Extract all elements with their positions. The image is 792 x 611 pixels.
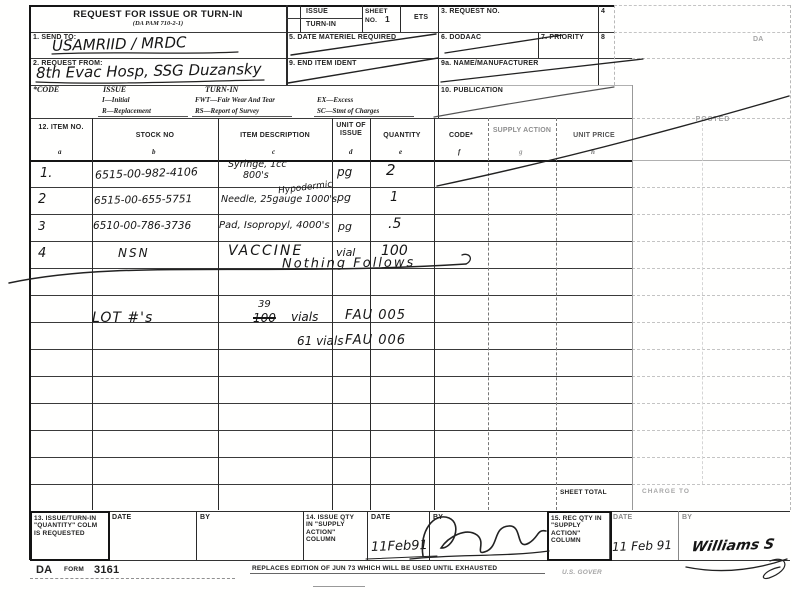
form-title-box: REQUEST FOR ISSUE OR TURN-IN (DA PAM 710… (30, 5, 286, 32)
charge-to-label: CHARGE TO (642, 488, 690, 495)
grid-line (702, 118, 703, 484)
grid-line (632, 457, 790, 458)
grid-line (29, 5, 31, 560)
col-header-unit-price: UNIT PRICE (558, 132, 630, 140)
grid-line (250, 573, 545, 574)
grid-line (632, 376, 790, 377)
grid-line (632, 214, 790, 215)
by13-label: BY (200, 514, 210, 522)
da-form-number: 3161 (94, 564, 119, 577)
grid-line (632, 160, 790, 161)
row1-description-line2: 800's (243, 170, 269, 181)
send-to-value: USAMRIID / MRDC (52, 33, 187, 55)
issue-checkbox-label: ISSUE (306, 8, 328, 16)
date14-value: 11Feb91 (371, 538, 428, 555)
grid-line (362, 5, 363, 32)
sub-letter-b: b (152, 148, 156, 156)
grid-line (303, 511, 304, 560)
box8-label: 8 (601, 34, 605, 42)
row3-unit: pg (338, 220, 352, 233)
col-header-unit-of-issue: UNIT OF ISSUE (333, 122, 369, 138)
row1-unit: pg (337, 165, 352, 179)
lot-unit1: vials (291, 310, 318, 324)
code-fwt: FWT—Fair Wear And Tear (195, 96, 275, 104)
grid-line (332, 118, 333, 510)
form-title: REQUEST FOR ISSUE OR TURN-IN (30, 9, 286, 20)
scanned-form-page: REQUEST FOR ISSUE OR TURN-IN (DA PAM 710… (0, 0, 792, 611)
grid-line (678, 511, 679, 560)
box15-label: 15. REC QTY IN "SUPPLY ACTION" COLUMN (551, 515, 605, 545)
grid-line (98, 116, 188, 117)
grid-line (30, 241, 632, 242)
signature-14 (422, 517, 546, 556)
grid-line (632, 484, 790, 485)
grid-line (30, 32, 614, 33)
box13-label: 13. ISSUE/TURN-IN "QUANTITY" COLM IS REQ… (34, 515, 102, 537)
replaces-edition-text: REPLACES EDITION OF JUN 73 WHICH WILL BE… (252, 565, 497, 572)
grid-line (614, 32, 790, 33)
row3-stock-no: 6510-00-786-3736 (93, 220, 191, 232)
date14-label: DATE (371, 514, 390, 522)
sheet-no-label: NO. (365, 17, 377, 24)
da-form-da: DA (36, 564, 52, 577)
grid-line (438, 85, 632, 86)
date15-label: DATE (613, 514, 632, 522)
signature-15-loop (763, 559, 784, 578)
row2-item-no: 2 (38, 192, 46, 207)
sub-letter-c: c (272, 148, 275, 156)
code-initial: I—Initial (102, 96, 130, 104)
grid-line (30, 118, 632, 119)
turnin-checkbox-label: TURN-IN (306, 21, 336, 29)
sub-letter-f: f (458, 148, 460, 156)
box4-label: 4 (601, 8, 605, 16)
sub-letter-a: a (58, 148, 62, 156)
grid-line (632, 430, 790, 431)
date-materiel-label: 5. DATE MATERIEL REQUIRED (289, 34, 396, 42)
request-no-label: 3. REQUEST NO. (441, 8, 500, 16)
lot-prefix: LOT #'s (92, 310, 153, 326)
col-header-posted: POSTED (688, 116, 738, 124)
row1-item-no: 1. (40, 166, 52, 181)
grid-line (632, 85, 633, 510)
grid-line (30, 430, 632, 431)
end-item-label: 9. END ITEM IDENT (289, 60, 357, 68)
row2-quantity: 1 (390, 190, 398, 205)
by15-label: BY (682, 514, 692, 522)
grid-line (286, 18, 362, 19)
grid-line (632, 403, 790, 404)
grid-line (429, 511, 430, 560)
faint-da-text: DA (753, 36, 764, 44)
col-header-item-description: ITEM DESCRIPTION (220, 132, 330, 140)
grid-line (30, 403, 632, 404)
grid-line (286, 5, 288, 85)
grid-line (313, 586, 365, 587)
grid-line (30, 214, 632, 215)
row4-stock-no: NSN (118, 246, 150, 260)
signature-14-underline (410, 551, 549, 559)
row3-quantity: .5 (388, 216, 401, 232)
grid-line (632, 58, 790, 59)
grid-line (632, 322, 790, 323)
code-replacement: R—Replacement (102, 107, 151, 115)
row3-item-no: 3 (38, 219, 46, 233)
row4-item-no: 4 (38, 246, 46, 261)
col-header-stock-no: STOCK NO (94, 132, 216, 140)
code-legend-title: *CODE (33, 85, 59, 94)
col-header-supply-action: SUPPLY ACTION (492, 127, 552, 135)
grid-line (30, 511, 790, 512)
sheets-label: ETS (414, 14, 428, 22)
nothing-follows-text: Nothing Follows (282, 255, 415, 271)
code-legend-turnin: TURN-IN (205, 85, 238, 94)
date13-label: DATE (112, 514, 131, 522)
lot-corrected-qty: 39 (258, 299, 271, 310)
grid-line (614, 5, 790, 6)
priority-label: 7. PRIORITY (541, 34, 584, 42)
code-ex: EX—Excess (317, 96, 353, 104)
grid-line (314, 116, 414, 117)
grid-line (30, 376, 632, 377)
box14-label: 14. ISSUE QTY IN "SUPPLY ACTION" COLUMN (306, 514, 362, 544)
sub-letter-d: d (349, 148, 353, 156)
by15-signature-text: Williams S (690, 537, 775, 556)
row2-description: Needle, 25gauge 1000's (221, 194, 337, 205)
row1-quantity: 2 (386, 161, 396, 179)
sub-letter-h: h (591, 148, 595, 156)
grid-line (218, 118, 219, 510)
grid-line (632, 268, 790, 269)
grid-line (598, 5, 599, 85)
grid-line (614, 5, 615, 85)
slash-publication-long (437, 96, 789, 186)
row1-stock-no: 6515-00-982-4106 (95, 165, 198, 182)
grid-line (632, 295, 790, 296)
lot-number-2: FAU 006 (345, 333, 406, 348)
row2-unit: pg (337, 191, 351, 204)
code-sc: SC—Stmt of Charges (317, 107, 379, 115)
sub-letter-e: e (399, 148, 402, 156)
grid-line (488, 118, 489, 510)
col-header-item-no: 12. ITEM NO. (32, 124, 90, 132)
form-subtitle: (DA PAM 710-2-1) (30, 20, 286, 27)
lot-qty2: 61 vials (297, 334, 343, 348)
publication-label: 10. PUBLICATION (441, 87, 503, 95)
col-header-code: CODE* (436, 132, 486, 140)
grid-line (30, 349, 632, 350)
grid-line (30, 578, 235, 579)
grid-line (30, 295, 632, 296)
grid-line (556, 118, 557, 510)
grid-line (438, 5, 439, 118)
code-legend-issue: ISSUE (103, 85, 126, 94)
code-rs: RS—Report of Survey (195, 107, 259, 115)
grid-line (30, 457, 632, 458)
gpo-imprint-text: U.S. GOVER (562, 569, 602, 576)
grid-line (400, 5, 401, 32)
grid-line (632, 349, 790, 350)
dodaac-label: 6. DODAAC (441, 34, 481, 42)
row3-description: Pad, Isopropyl, 4000's (219, 220, 330, 231)
col-header-quantity: QUANTITY (372, 132, 432, 140)
date14-underline (366, 556, 437, 559)
grid-line (434, 118, 435, 510)
da-form-word: FORM (64, 566, 84, 573)
name-manufacturer-label: 9a. NAME/MANUFACTURER (441, 60, 539, 68)
nothing-follows-hook (462, 254, 470, 264)
grid-line (30, 160, 632, 162)
sub-letter-g: g (519, 148, 523, 156)
row1-description-line1: Syringe, 1cc (228, 159, 287, 170)
grid-line (367, 511, 368, 560)
grid-line (192, 116, 292, 117)
request-from-value: 8th Evac Hosp, SSG Duzansky (36, 60, 262, 82)
lot-number-1: FAU 005 (345, 308, 406, 323)
grid-line (196, 511, 197, 560)
date15-value: 11 Feb 91 (612, 538, 673, 554)
grid-line (30, 484, 632, 485)
sheet-no-value: 1 (385, 15, 390, 25)
grid-line (790, 5, 791, 510)
sheet-total-label: SHEET TOTAL (560, 489, 607, 496)
grid-line (538, 32, 539, 58)
grid-line (30, 58, 632, 59)
lot-crossed-qty: 100 (253, 311, 276, 325)
row2-stock-no: 6515-00-655-5751 (94, 193, 192, 207)
by14-label: BY (433, 514, 443, 522)
grid-line (632, 187, 790, 188)
grid-line (30, 560, 790, 561)
grid-line (632, 241, 790, 242)
